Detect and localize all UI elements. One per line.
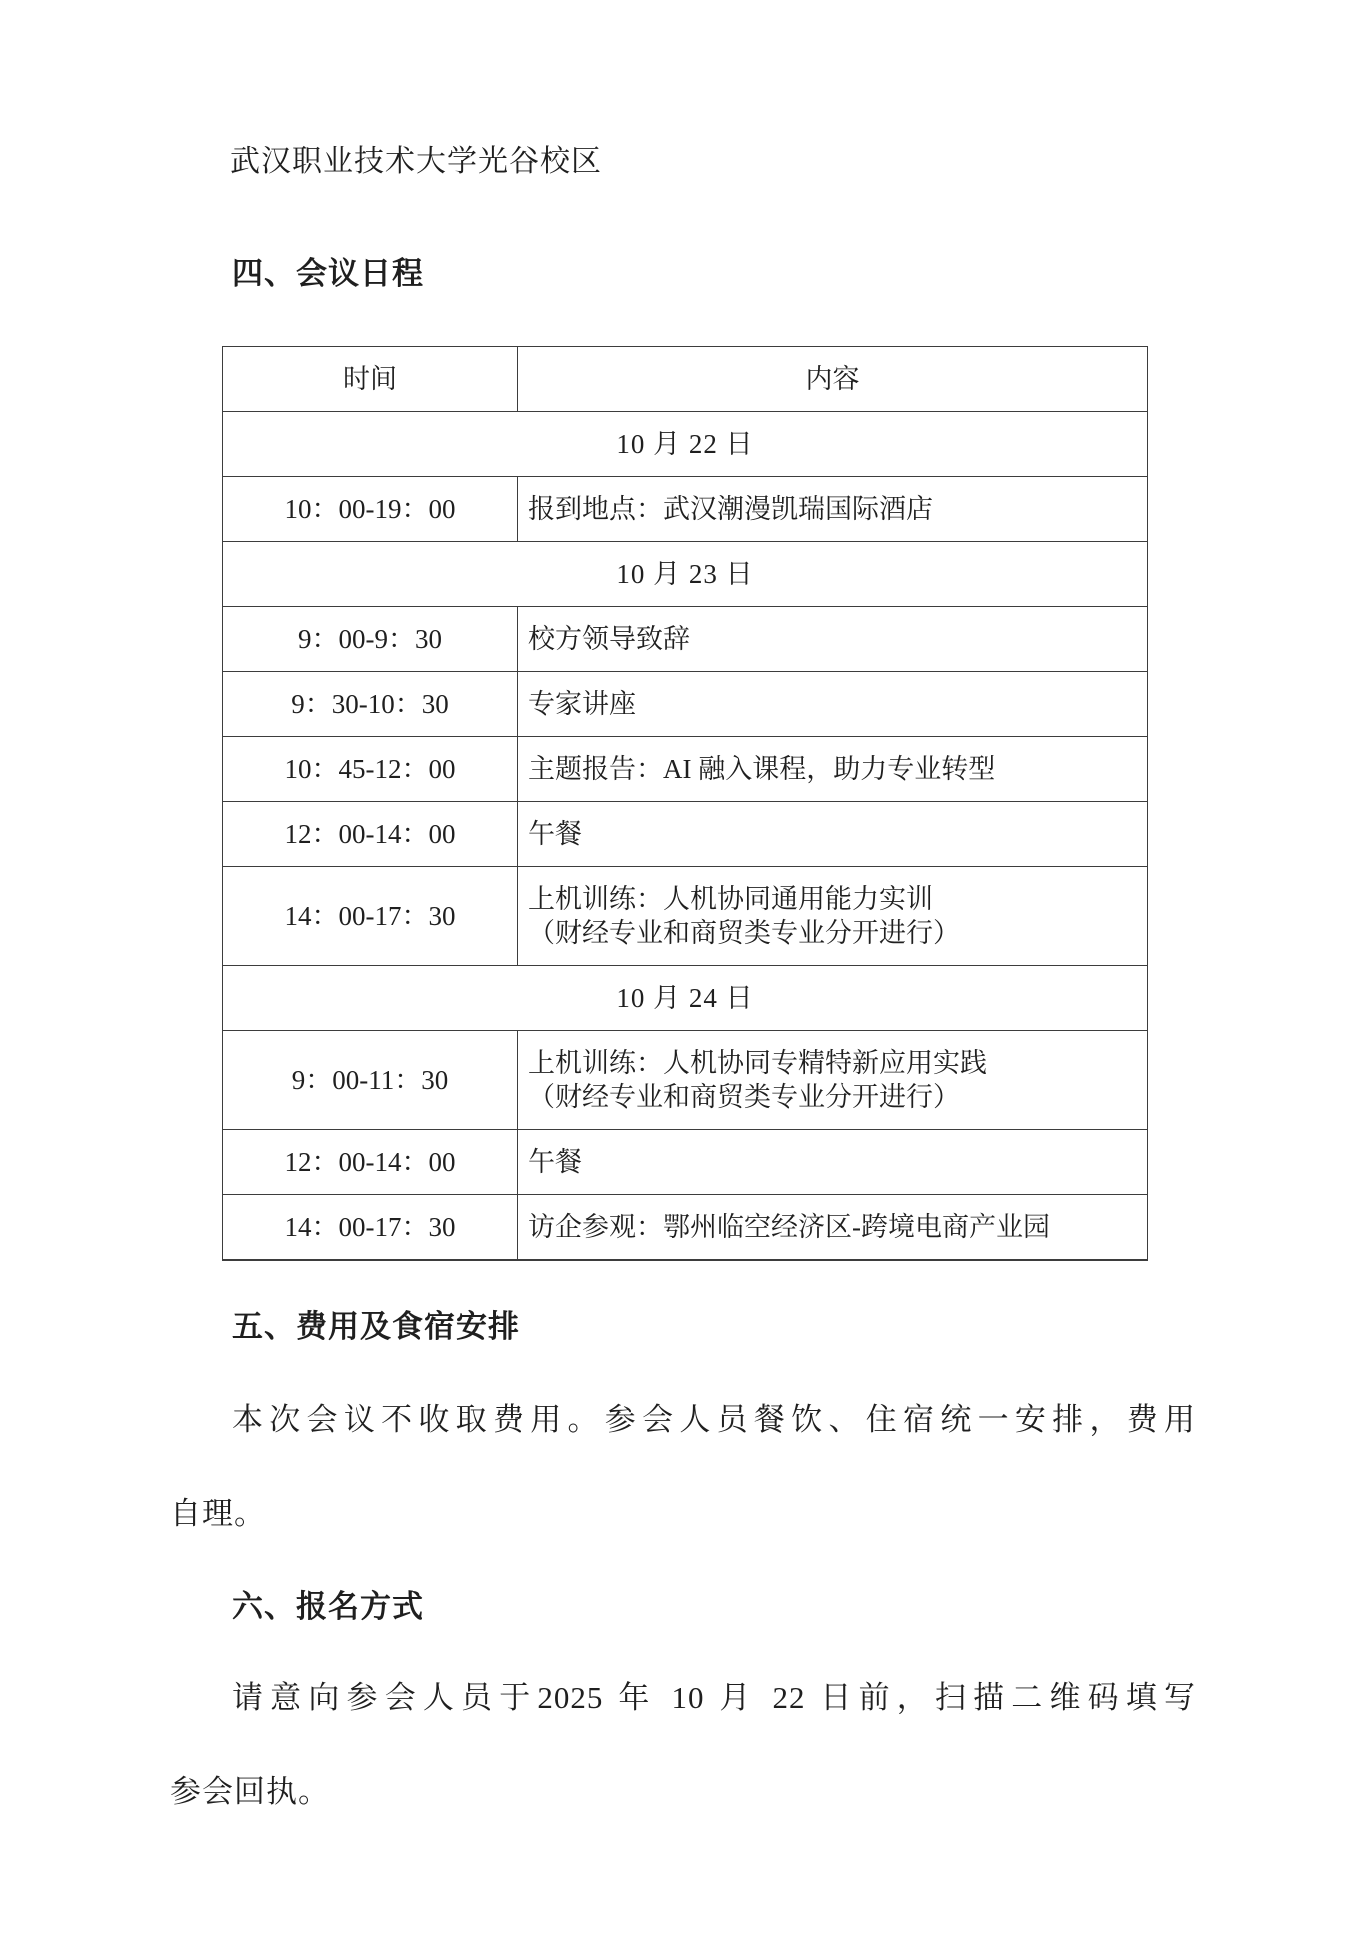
agenda-content-line: （财经专业和商贸类专业分开进行） [528,1080,1137,1114]
agenda-time-cell: 10：45-12：00 [223,737,518,802]
agenda-date-cell: 10 月 22 日 [223,412,1148,477]
agenda-item-row: 10：00-19：00报到地点：武汉潮漫凯瑞国际酒店 [223,477,1148,542]
agenda-date-cell: 10 月 24 日 [223,966,1148,1031]
agenda-time-cell: 14：00-17：30 [223,1195,518,1261]
agenda-item-row: 9：00-9：30校方领导致辞 [223,607,1148,672]
agenda-content-cell: 上机训练：人机协同专精特新应用实践（财经专业和商贸类专业分开进行） [518,1031,1148,1130]
agenda-content-cell: 专家讲座 [518,672,1148,737]
agenda-time-cell: 9：30-10：30 [223,672,518,737]
agenda-content-cell: 上机训练：人机协同通用能力实训（财经专业和商贸类专业分开进行） [518,867,1148,966]
agenda-header-row: 时间内容 [223,347,1148,412]
campus-location-line: 武汉职业技术大学光谷校区 [170,142,1196,182]
agenda-time-cell: 12：00-14：00 [223,802,518,867]
document-page: 武汉职业技术大学光谷校区 四、会议日程 时间内容10 月 22 日10：00-1… [0,0,1366,1839]
agenda-column-header: 内容 [518,347,1148,412]
agenda-date-row: 10 月 24 日 [223,966,1148,1031]
agenda-item-row: 9：30-10：30专家讲座 [223,672,1148,737]
agenda-date-row: 10 月 23 日 [223,542,1148,607]
agenda-content-cell: 主题报告：AI 融入课程，助力专业转型 [518,737,1148,802]
agenda-item-row: 9：00-11：30上机训练：人机协同专精特新应用实践（财经专业和商贸类专业分开… [223,1031,1148,1130]
agenda-item-row: 12：00-14：00午餐 [223,802,1148,867]
section-heading-registration: 六、报名方式 [170,1587,1196,1627]
agenda-item-row: 12：00-14：00午餐 [223,1130,1148,1195]
agenda-content-line: 上机训练：人机协同通用能力实训 [528,882,1137,916]
agenda-item-row: 14：00-17：30访企参观：鄂州临空经济区-跨境电商产业园 [223,1195,1148,1261]
agenda-content-cell: 报到地点：武汉潮漫凯瑞国际酒店 [518,477,1148,542]
section-heading-fees: 五、费用及食宿安排 [170,1307,1196,1347]
agenda-date-row: 10 月 22 日 [223,412,1148,477]
agenda-content-cell: 校方领导致辞 [518,607,1148,672]
agenda-column-header: 时间 [223,347,518,412]
agenda-date-cell: 10 月 23 日 [223,542,1148,607]
section-heading-agenda: 四、会议日程 [170,254,1196,294]
agenda-content-cell: 午餐 [518,1130,1148,1195]
fees-paragraph-line: 自理。 [170,1467,1196,1561]
agenda-content-line: （财经专业和商贸类专业分开进行） [528,916,1137,950]
agenda-item-row: 14：00-17：30上机训练：人机协同通用能力实训（财经专业和商贸类专业分开进… [223,867,1148,966]
agenda-item-row: 10：45-12：00主题报告：AI 融入课程，助力专业转型 [223,737,1148,802]
agenda-table: 时间内容10 月 22 日10：00-19：00报到地点：武汉潮漫凯瑞国际酒店1… [222,346,1148,1261]
agenda-content-cell: 午餐 [518,802,1148,867]
agenda-time-cell: 10：00-19：00 [223,477,518,542]
registration-paragraph-line: 参会回执。 [170,1745,1196,1839]
registration-paragraph-line: 请意向参会人员于2025 年 10 月 22 日前，扫描二维码填写 [170,1651,1196,1745]
agenda-time-cell: 9：00-11：30 [223,1031,518,1130]
agenda-content-cell: 访企参观：鄂州临空经济区-跨境电商产业园 [518,1195,1148,1261]
agenda-time-cell: 12：00-14：00 [223,1130,518,1195]
agenda-content-line: 上机训练：人机协同专精特新应用实践 [528,1046,1137,1080]
agenda-time-cell: 14：00-17：30 [223,867,518,966]
fees-paragraph-line: 本次会议不收取费用。参会人员餐饮、住宿统一安排，费用 [170,1373,1196,1467]
agenda-table-body: 时间内容10 月 22 日10：00-19：00报到地点：武汉潮漫凯瑞国际酒店1… [223,347,1148,1261]
agenda-time-cell: 9：00-9：30 [223,607,518,672]
